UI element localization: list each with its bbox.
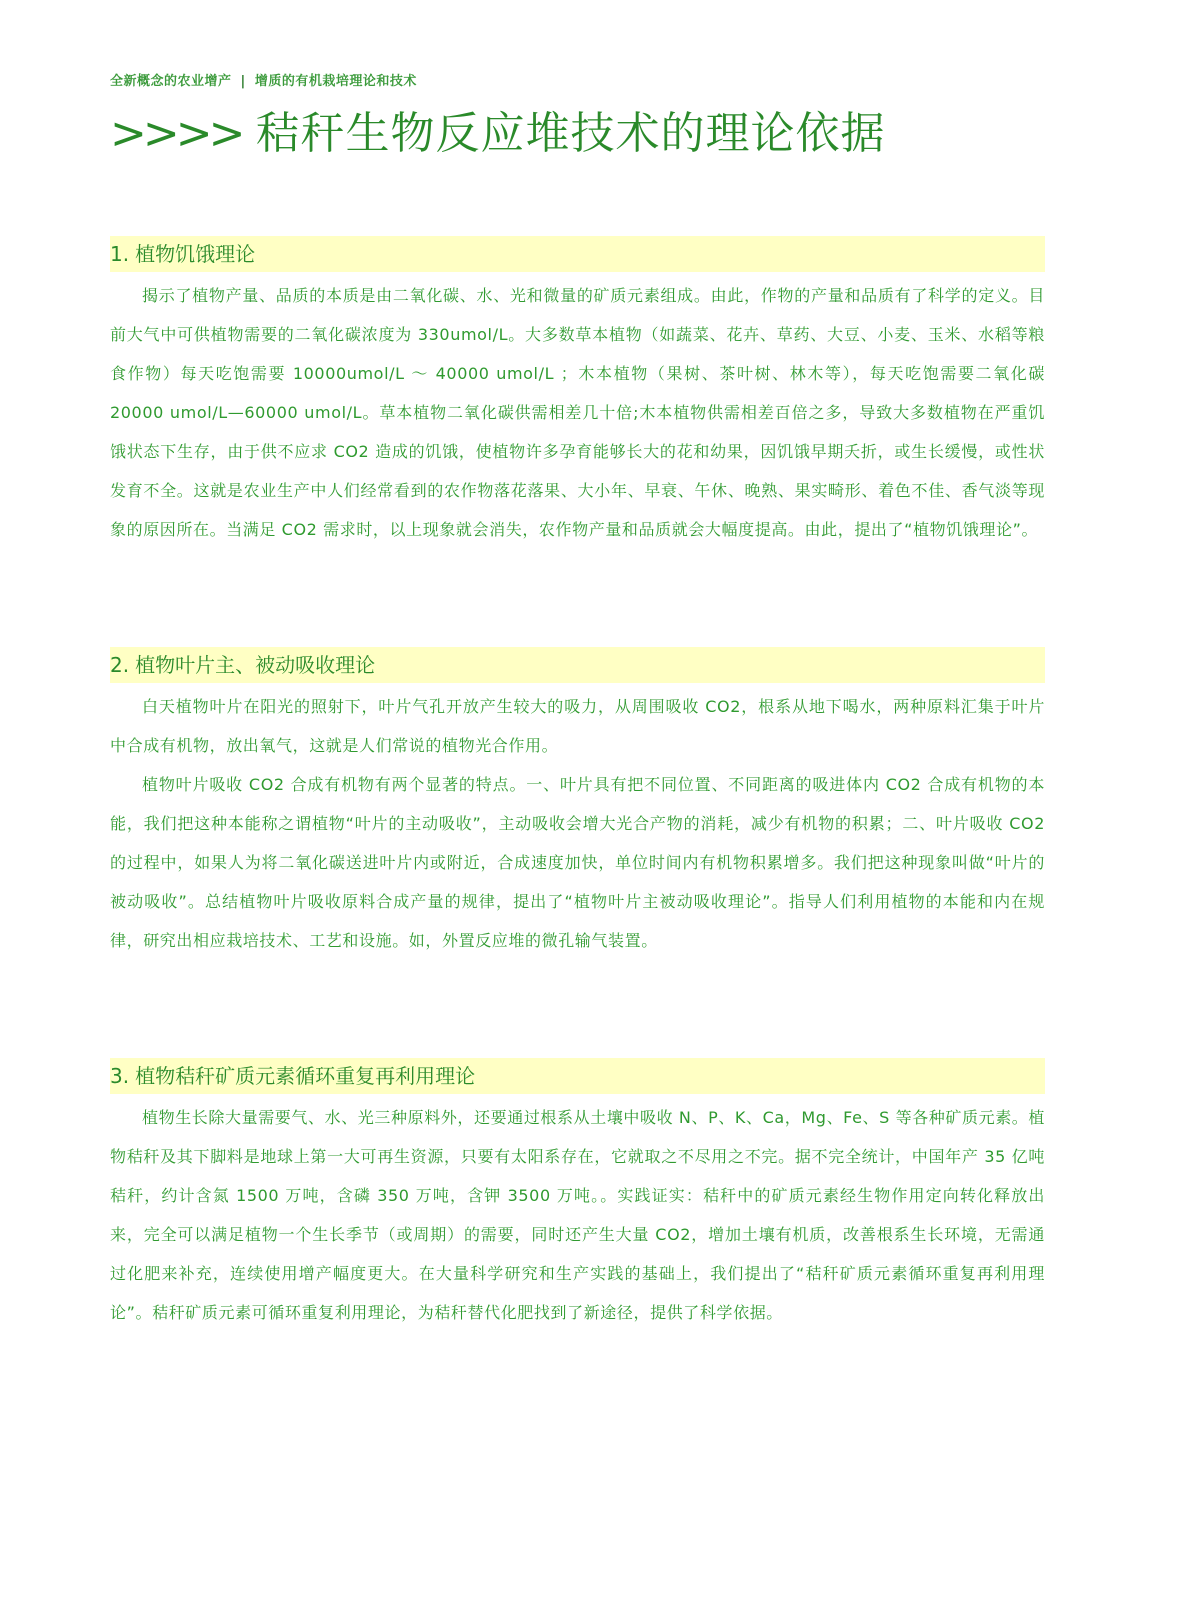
paragraph: 植物生长除大量需要气、水、光三种原料外，还要通过根系从土壤中吸收 N、P、K、C… xyxy=(110,1098,1045,1332)
section-heading-text: 植物秸秆矿质元素循环重复再利用理论 xyxy=(135,1064,475,1088)
paragraph: 揭示了植物产量、品质的本质是由二氧化碳、水、光和微量的矿质元素组成。由此，作物的… xyxy=(110,276,1045,549)
document-page: 全新概念的农业增产 | 增质的有机栽培理论和技术 >>>>秸秆生物反应堆技术的理… xyxy=(0,0,1178,1600)
section-leaf-absorption-theory: 2.植物叶片主、被动吸收理论 白天植物叶片在阳光的照射下，叶片气孔开放产生较大的… xyxy=(110,647,1045,960)
running-head-left: 全新概念的农业增产 xyxy=(110,74,232,89)
section-heading-text: 植物饥饿理论 xyxy=(135,242,255,266)
chevrons-icon: >>>> xyxy=(110,108,241,159)
section-number: 2. xyxy=(110,653,129,677)
running-head-separator: | xyxy=(241,74,246,89)
section-mineral-recycling-theory: 3.植物秸秆矿质元素循环重复再利用理论 植物生长除大量需要气、水、光三种原料外，… xyxy=(110,1058,1045,1332)
paragraph: 植物叶片吸收 CO2 合成有机物有两个显著的特点。一、叶片具有把不同位置、不同距… xyxy=(110,765,1045,960)
running-head: 全新概念的农业增产 | 增质的有机栽培理论和技术 xyxy=(110,70,417,89)
section-number: 3. xyxy=(110,1064,129,1088)
paragraph: 白天植物叶片在阳光的照射下，叶片气孔开放产生较大的吸力，从周围吸收 CO2，根系… xyxy=(110,687,1045,765)
page-title-text: 秸秆生物反应堆技术的理论依据 xyxy=(255,108,885,159)
running-head-right: 增质的有机栽培理论和技术 xyxy=(255,74,417,89)
section-heading-text: 植物叶片主、被动吸收理论 xyxy=(135,653,375,677)
section-heading: 1.植物饥饿理论 xyxy=(110,236,1045,272)
section-heading: 2.植物叶片主、被动吸收理论 xyxy=(110,647,1045,683)
page-title: >>>>秸秆生物反应堆技术的理论依据 xyxy=(110,106,885,162)
section-plant-hunger-theory: 1.植物饥饿理论 揭示了植物产量、品质的本质是由二氧化碳、水、光和微量的矿质元素… xyxy=(110,236,1045,549)
section-number: 1. xyxy=(110,242,129,266)
section-heading: 3.植物秸秆矿质元素循环重复再利用理论 xyxy=(110,1058,1045,1094)
